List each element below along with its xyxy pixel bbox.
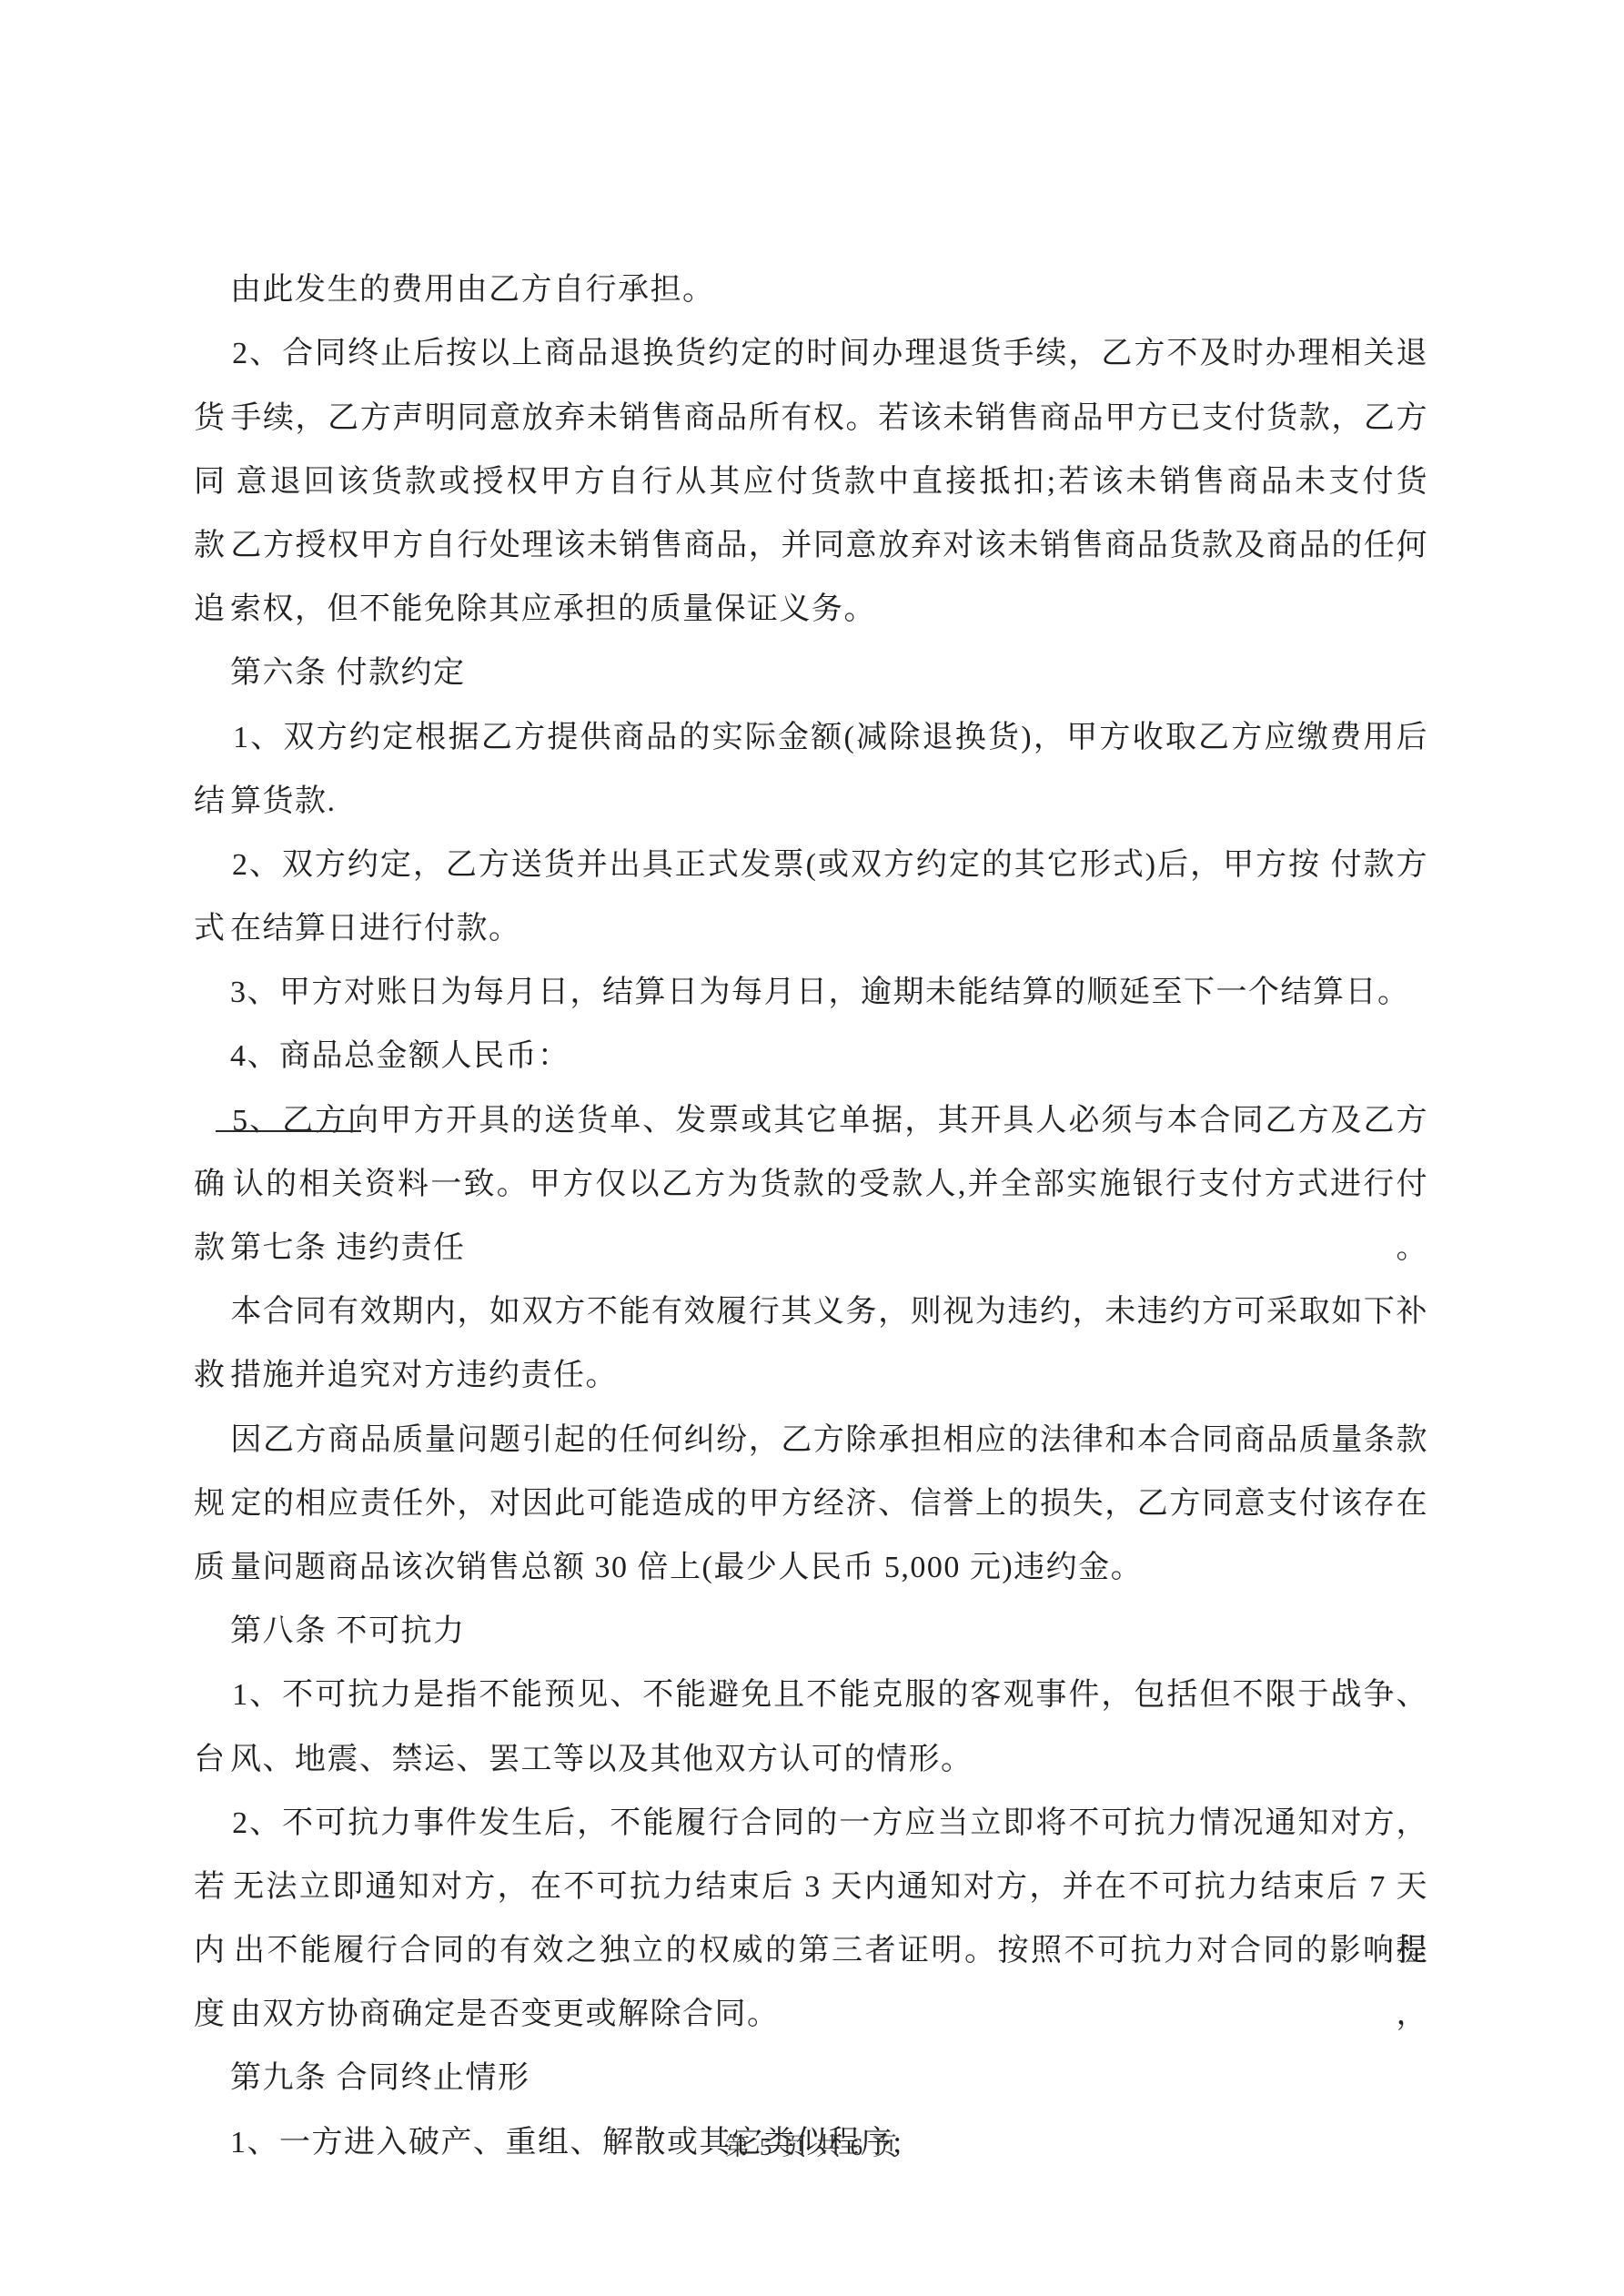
contract-text-block: 由此发生的费用由乙方自行承担。 2、合同终止后按以上商品退换货约定的时间办理退货…	[194, 195, 1428, 2111]
text-line-content: 由双方协商确定是否变更或解除合同。	[230, 1998, 780, 2031]
text-line-content: 风、地震、禁运、罢工等以及其他双方认可的情形。	[230, 1743, 973, 1776]
text-line-content: 由此发生的费用由乙方自行承担。	[230, 273, 715, 307]
page-footer: 第 5 页 共 6 页	[0, 2127, 1624, 2162]
text-line-content: 第六条 付款约定	[230, 656, 466, 690]
page-number-text: 第 5 页 共 6 页	[725, 2133, 899, 2160]
text-line-content: 4、商品总金额人民币：	[230, 1039, 570, 1073]
text-line-content: 量问题商品该次销售总额 30 倍上(最少人民币 5,000 元)违约金。	[230, 1551, 1143, 1584]
text-line-content: 算货款.	[230, 784, 337, 818]
text-line-content: 第七条 违约责任	[230, 1231, 466, 1265]
text-line-content: 第九条 合同终止情形	[230, 2061, 530, 2095]
text-line-content: 索权，但不能免除其应承担的质量保证义务。	[230, 592, 876, 626]
text-line-content: 措施并追究对方违约责任。	[230, 1359, 618, 1392]
text-line-content: 第八条 不可抗力	[230, 1614, 466, 1648]
text-line: 2、双方约定，乙方送货并出具正式发票(或双方约定的其它形式)后，甲方按 付款方式	[194, 770, 1428, 834]
text-line-content: 在结算日进行付款。	[230, 912, 521, 946]
text-line-content: 3、甲方对账日为每月日，结算日为每月日，逾期未能结算的顺延至下一个结算日。	[230, 976, 1410, 1009]
text-line: 由此发生的费用由乙方自行承担。	[194, 195, 1428, 258]
blank-underline	[216, 1102, 361, 1132]
